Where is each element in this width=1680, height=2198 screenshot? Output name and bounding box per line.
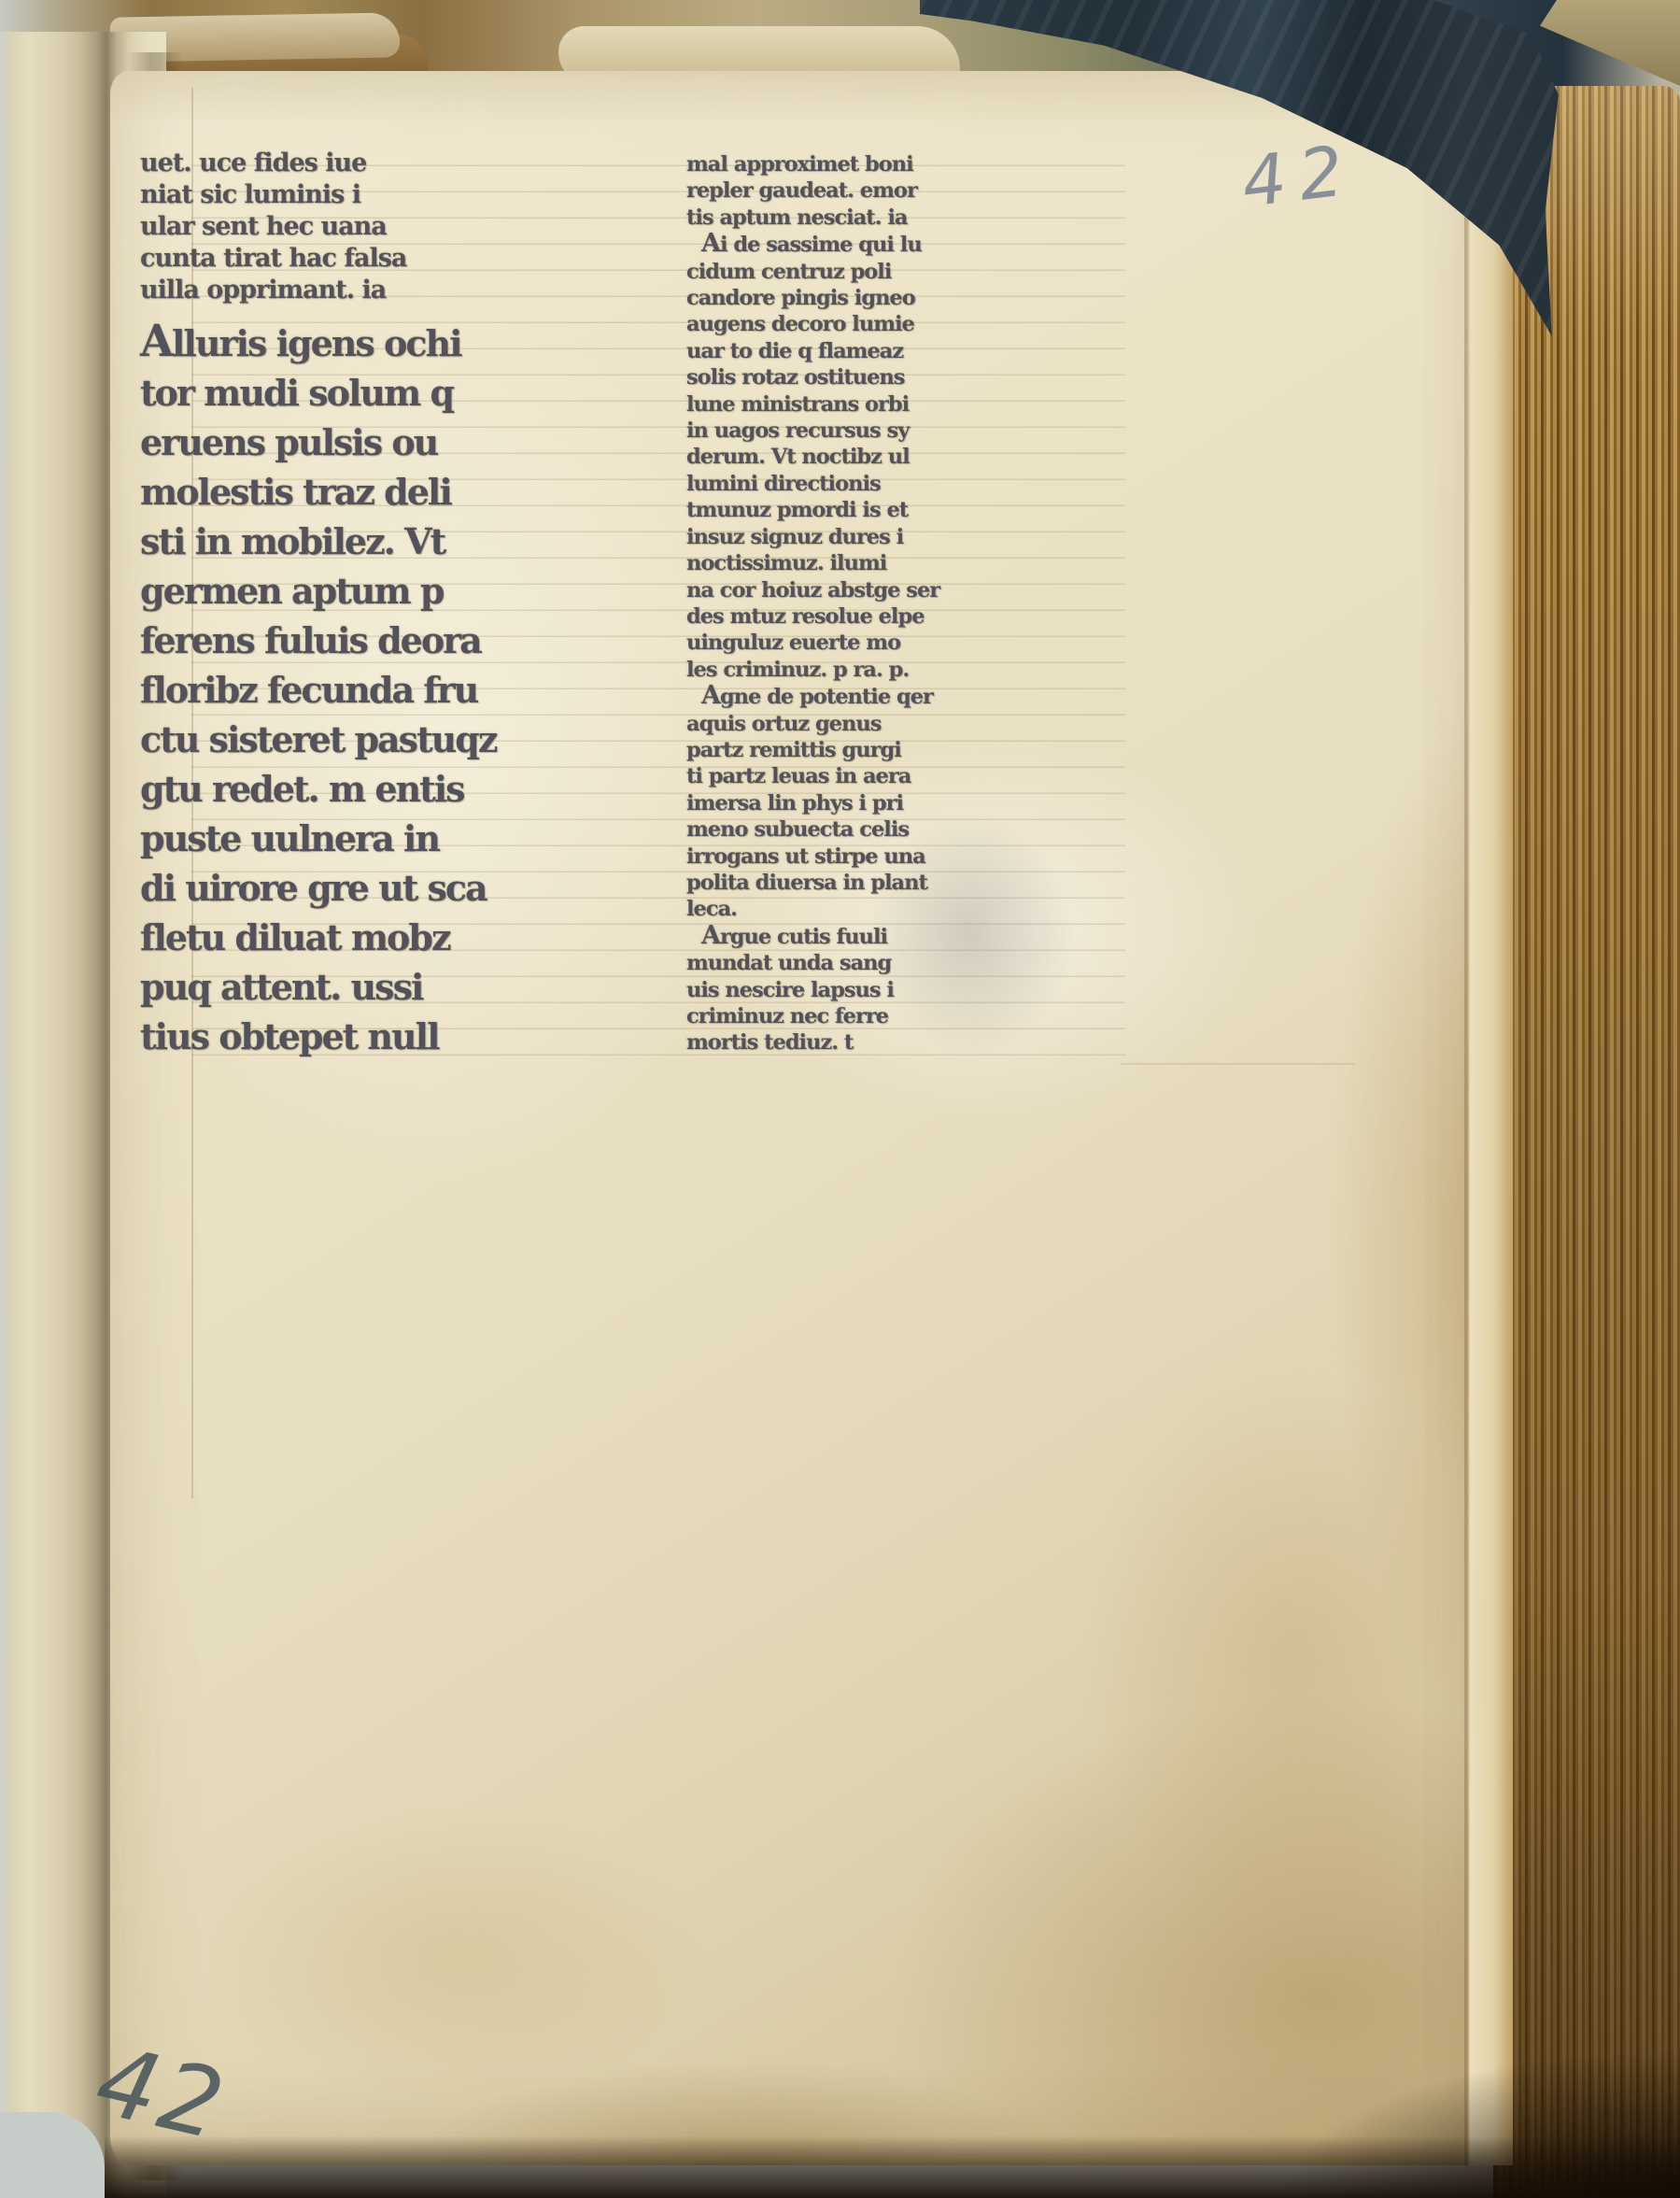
- manuscript-text-line: ti partz leuas in aera: [686, 763, 1118, 789]
- manuscript-text-line: tor mudi solum q: [140, 368, 525, 418]
- ruling-line-extension: [1121, 1063, 1354, 1065]
- manuscript-photo: uet. uce fides iueniat sic luminis iular…: [0, 0, 1680, 2198]
- text-block: Ai de sassime qui lucidum centruz polica…: [686, 231, 1118, 683]
- manuscript-text-line: lune ministrans orbi: [686, 391, 1118, 418]
- text-column-right: mal approximet bonirepler gaudeat. emort…: [686, 151, 1118, 1056]
- text-block: Agne de potentie qeraquis ortuz genuspar…: [686, 683, 1118, 923]
- text-block: uet. uce fides iueniat sic luminis iular…: [140, 148, 525, 306]
- text-block: Argue cutis fuulimundat unda sanguis nes…: [686, 923, 1118, 1056]
- manuscript-text-line: ferens fuluis deora: [140, 616, 525, 665]
- manuscript-text-line: aquis ortuz genus: [686, 711, 1118, 737]
- manuscript-text-line: repler gaudeat. emor: [686, 177, 1118, 204]
- manuscript-text-line: irrogans ut stirpe una: [686, 844, 1118, 870]
- manuscript-text-line: germen aptum p: [140, 566, 525, 616]
- manuscript-text-line: cunta tirat hac falsa: [140, 243, 525, 275]
- manuscript-text-line: noctissimuz. ilumi: [686, 550, 1118, 576]
- manuscript-text-line: uilla opprimant. ia: [140, 275, 525, 306]
- manuscript-text-line: Argue cutis fuuli: [686, 923, 1118, 950]
- manuscript-text-line: uet. uce fides iue: [140, 148, 525, 179]
- manuscript-text-line: molestis traz deli: [140, 467, 525, 517]
- manuscript-text-line: ular sent hec uana: [140, 211, 525, 243]
- manuscript-text-line: insuz signuz dures i: [686, 524, 1118, 550]
- manuscript-text-line: partz remittis gurgi: [686, 737, 1118, 763]
- parchment-stain: [196, 1803, 719, 2111]
- manuscript-text-line: puste uulnera in: [140, 814, 525, 863]
- parchment-stain: [1074, 1354, 1504, 1952]
- manuscript-text-line: na cor hoiuz abstge ser: [686, 577, 1118, 603]
- manuscript-text-line: mundat unda sang: [686, 950, 1118, 976]
- manuscript-text-line: tmunuz pmordi is et: [686, 497, 1118, 523]
- manuscript-text-line: mal approximet boni: [686, 151, 1118, 177]
- manuscript-text-line: meno subuecta celis: [686, 816, 1118, 843]
- manuscript-text-line: les criminuz. p ra. p.: [686, 657, 1118, 683]
- manuscript-text-line: sti in mobilez. Vt: [140, 517, 525, 566]
- manuscript-text-line: uar to die q flameaz: [686, 338, 1118, 364]
- manuscript-text-line: tis aptum nesciat. ia: [686, 205, 1118, 231]
- manuscript-text-line: uinguluz euerte mo: [686, 630, 1118, 656]
- manuscript-text-line: derum. Vt noctibz ul: [686, 444, 1118, 470]
- manuscript-text-line: candore pingis igneo: [686, 285, 1118, 311]
- manuscript-text-line: gtu redet. m entis: [140, 764, 525, 814]
- folio-number-top: 42: [1237, 130, 1361, 223]
- manuscript-text-line: di uirore gre ut sca: [140, 863, 525, 913]
- manuscript-text-line: leca.: [686, 896, 1118, 922]
- manuscript-text-line: in uagos recursus sy: [686, 418, 1118, 444]
- text-column-left: uet. uce fides iueniat sic luminis iular…: [140, 148, 525, 1061]
- bottom-right-shadow: [1278, 2049, 1680, 2198]
- text-block: mal approximet bonirepler gaudeat. emort…: [686, 151, 1118, 231]
- manuscript-text-line: eruens pulsis ou: [140, 418, 525, 467]
- manuscript-text-line: des mtuz resolue elpe: [686, 603, 1118, 630]
- text-block: Alluris igens ochitor mudi solum qeruens…: [140, 316, 525, 1061]
- manuscript-text-line: criminuz nec ferre: [686, 1003, 1118, 1029]
- manuscript-text-line: ctu sisteret pastuqz: [140, 715, 525, 764]
- manuscript-text-line: Alluris igens ochi: [140, 316, 525, 368]
- manuscript-text-line: augens decoro lumie: [686, 311, 1118, 337]
- manuscript-text-line: Agne de potentie qer: [686, 683, 1118, 710]
- manuscript-text-line: lumini directionis: [686, 471, 1118, 497]
- manuscript-text-line: floribz fecunda fru: [140, 665, 525, 715]
- manuscript-text-line: tius obtepet null: [140, 1012, 525, 1061]
- manuscript-text-line: solis rotaz ostituens: [686, 364, 1118, 390]
- manuscript-text-line: imersa lin phys i pri: [686, 790, 1118, 816]
- manuscript-text-line: polita diuersa in plant: [686, 870, 1118, 896]
- manuscript-text-line: Ai de sassime qui lu: [686, 231, 1118, 258]
- manuscript-text-line: cidum centruz poli: [686, 259, 1118, 285]
- manuscript-text-line: fletu diluat mobz: [140, 913, 525, 962]
- manuscript-text-line: mortis tediuz. t: [686, 1029, 1118, 1056]
- manuscript-text-line: puq attent. ussi: [140, 962, 525, 1012]
- manuscript-text-line: uis nescire lapsus i: [686, 977, 1118, 1003]
- book-fore-edge: [1493, 86, 1680, 2198]
- manuscript-text-line: niat sic luminis i: [140, 179, 525, 211]
